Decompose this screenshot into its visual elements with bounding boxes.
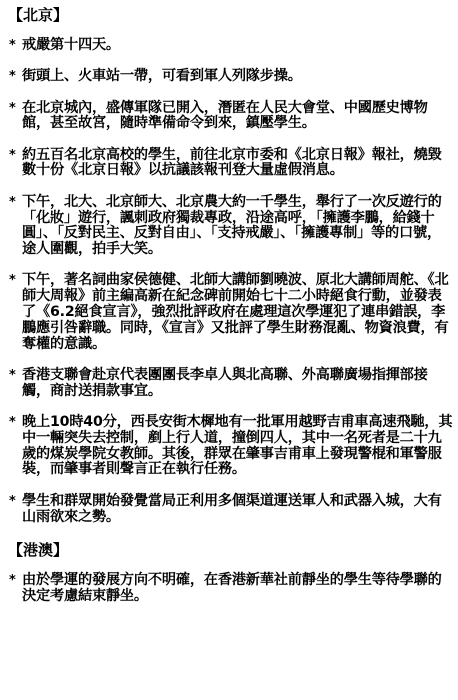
news-item-text: 約五百名北京高校的學生，前往北京市委和《北京日報》報社，燒毀數十份《北京日報》以…: [22, 147, 442, 179]
news-item-text: 晚上10時40分，西長安街木樨地有一批軍用越野吉甫車高速飛馳，其中一輛突失去控制…: [22, 414, 452, 477]
news-item-text: 街頭上、火車站一帶，可看到軍人列隊步操。: [22, 68, 302, 84]
news-item: * 戒嚴第十四天。: [0, 38, 458, 54]
news-item: * 約五百名北京高校的學生，前往北京市委和《北京日報》報社，燒毀數十份《北京日報…: [0, 148, 458, 180]
bullet-asterisk-icon: *: [9, 415, 16, 431]
bullet-asterisk-icon: *: [9, 38, 16, 54]
bullet-asterisk-icon: *: [9, 148, 16, 164]
news-item: * 晚上10時40分，西長安街木樨地有一批軍用越野吉甫車高速飛馳，其中一輛突失去…: [0, 415, 458, 478]
news-item: * 在北京城內，盛傳軍隊已開入，潛匿在人民大會堂、中國歷史博物館，甚至故宮，隨時…: [0, 101, 458, 133]
news-item-text: 下午，北大、北京師大、北京農大約一千學生，舉行了一次反遊行的「化妝」遊行，諷刺政…: [22, 194, 442, 257]
news-item-text: 在北京城內，盛傳軍隊已開入，潛匿在人民大會堂、中國歷史博物館，甚至故宮，隨時準備…: [22, 100, 428, 132]
news-item-text: 由於學運的發展方向不明確，在香港新華社前靜坐的學生等待學聯的決定考慮結束靜坐。: [22, 572, 442, 604]
bullet-asterisk-icon: *: [9, 573, 16, 589]
news-item: * 學生和群眾開始發覺當局正利用多個渠道運送軍人和武器入城，大有山雨欲來之勢。: [0, 494, 458, 526]
news-item-text: 下午，著名詞曲家侯德健、北師大講師劉曉波、原北大講師周舵、《北師大周報》前主編高…: [22, 272, 449, 351]
bullet-asterisk-icon: *: [9, 101, 16, 117]
news-item-text: 戒嚴第十四天。: [22, 37, 120, 53]
bullet-asterisk-icon: *: [9, 494, 16, 510]
news-item-text: 香港支聯會赴京代表團團長李卓人與北高聯、外高聯廣場指揮部接觸，商討送捐款事宜。: [22, 367, 428, 399]
news-item: * 香港支聯會赴京代表團團長李卓人與北高聯、外高聯廣場指揮部接觸，商討送捐款事宜…: [0, 368, 458, 400]
document-page: 【北京】 * 戒嚴第十四天。 * 街頭上、火車站一帶，可看到軍人列隊步操。 * …: [0, 0, 458, 604]
bullet-asterisk-icon: *: [9, 195, 16, 211]
news-item: * 街頭上、火車站一帶，可看到軍人列隊步操。: [0, 69, 458, 85]
section-title-beijing: 【北京】: [8, 6, 458, 24]
news-item: * 下午，北大、北京師大、北京農大約一千學生，舉行了一次反遊行的「化妝」遊行，諷…: [0, 195, 458, 258]
news-item: * 下午，著名詞曲家侯德健、北師大講師劉曉波、原北大講師周舵、《北師大周報》前主…: [0, 273, 458, 352]
news-item-text: 學生和群眾開始發覺當局正利用多個渠道運送軍人和武器入城，大有山雨欲來之勢。: [22, 493, 442, 525]
bullet-asterisk-icon: *: [9, 368, 16, 384]
bullet-asterisk-icon: *: [9, 273, 16, 289]
section-title-hong-kong-macau: 【港澳】: [8, 541, 458, 559]
news-item: * 由於學運的發展方向不明確，在香港新華社前靜坐的學生等待學聯的決定考慮結束靜坐…: [0, 573, 458, 605]
bullet-asterisk-icon: *: [9, 69, 16, 85]
